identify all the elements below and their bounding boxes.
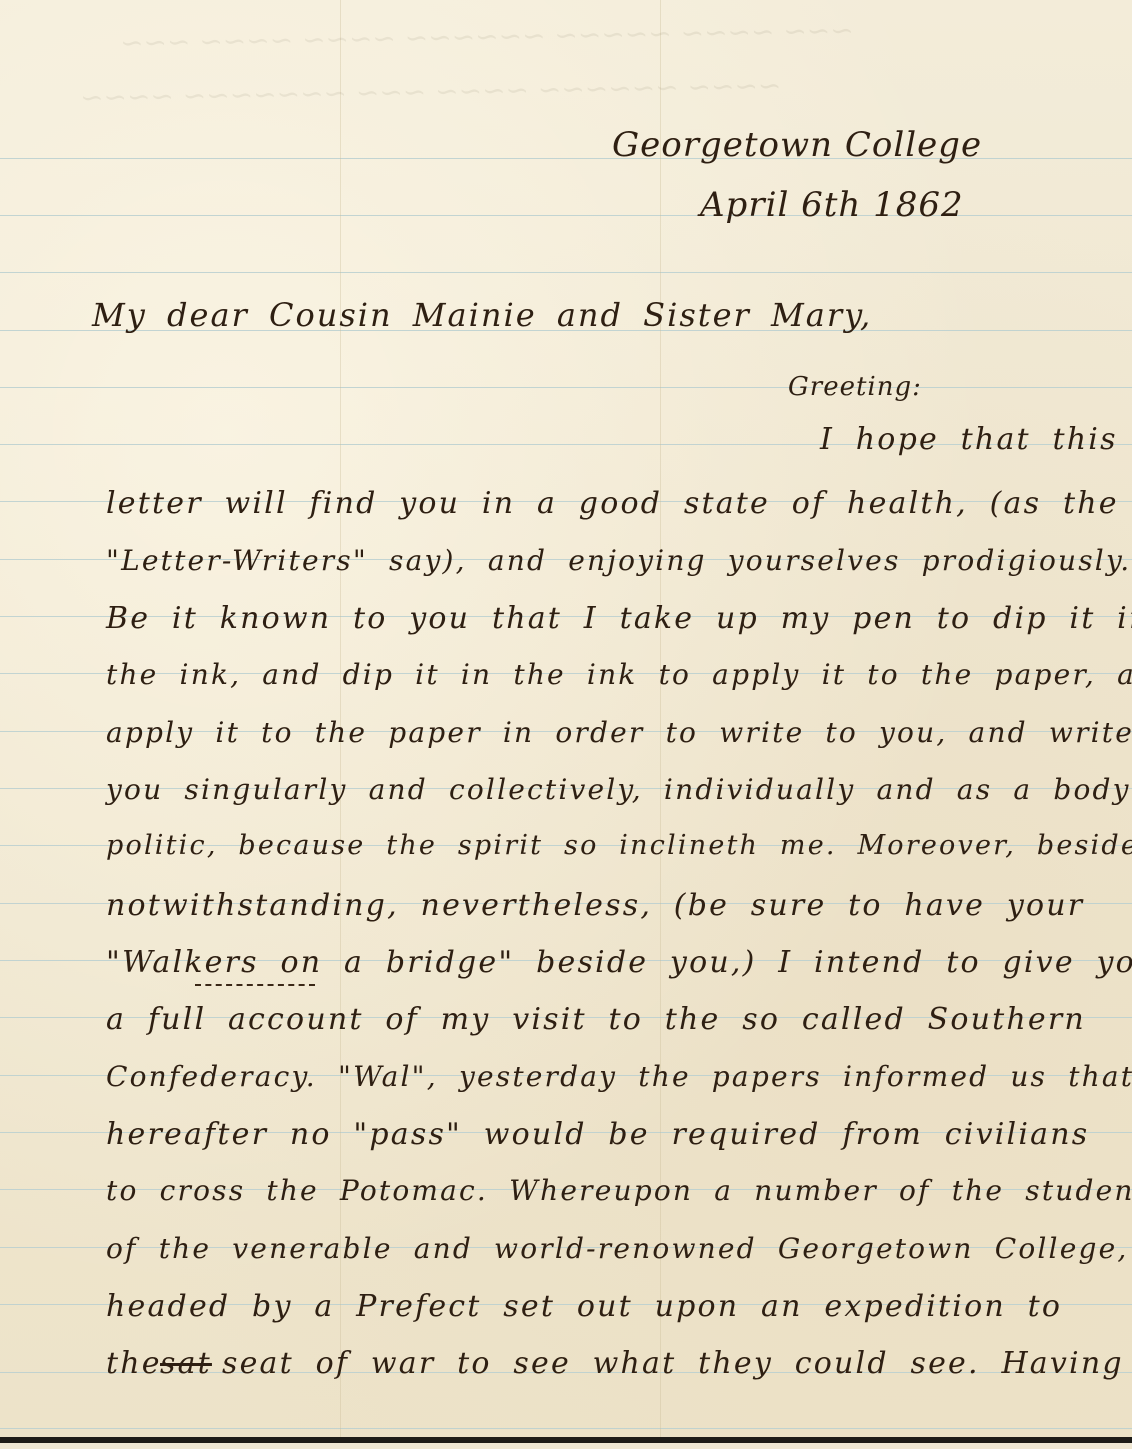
underline-mark bbox=[195, 984, 315, 986]
body-line: I hope that this bbox=[820, 422, 1118, 457]
body-line: a full account of my visit to the so cal… bbox=[106, 1002, 1086, 1037]
ruled-line bbox=[0, 1428, 1132, 1429]
body-line: hereafter no "pass" would be required fr… bbox=[106, 1117, 1089, 1152]
letter-place: Georgetown College bbox=[612, 125, 982, 165]
salutation-greeting: Greeting: bbox=[788, 372, 922, 402]
body-line: the ink, and dip it in the ink to apply … bbox=[106, 658, 1132, 691]
body-line: Confederacy. "Wal", yesterday the papers… bbox=[106, 1060, 1132, 1093]
body-line: seat of war to see what they could see. … bbox=[222, 1346, 1124, 1381]
bleed-through: ~~~ ~~~~ ~~~~~ ~~~~~~ ~~~~ ~~~~ ~~~ bbox=[120, 14, 854, 60]
body-line: notwithstanding, nevertheless, (be sure … bbox=[106, 888, 1084, 923]
salutation-addressee: My dear Cousin Mainie and Sister Mary, bbox=[92, 296, 872, 334]
body-line: you singularly and collectively, individ… bbox=[106, 773, 1131, 806]
bleed-through: ~~~~ ~~~~~~ ~~~~ ~~~ ~~~~~~~ ~~~~ bbox=[80, 69, 782, 114]
ruled-line bbox=[0, 387, 1132, 388]
scan-border bbox=[0, 1437, 1132, 1443]
ruled-line bbox=[0, 272, 1132, 273]
body-line: apply it to the paper in order to write … bbox=[106, 716, 1132, 749]
body-line: Be it known to you that I take up my pen… bbox=[106, 601, 1132, 636]
letter-page: ~~~ ~~~~ ~~~~~ ~~~~~~ ~~~~ ~~~~ ~~~ ~~~~… bbox=[0, 0, 1132, 1443]
body-line: of the venerable and world-renowned Geor… bbox=[106, 1232, 1128, 1265]
body-line: letter will find you in a good state of … bbox=[106, 486, 1119, 521]
body-line: politic, because the spirit so inclineth… bbox=[106, 830, 1132, 861]
body-line-start: the bbox=[106, 1346, 162, 1381]
body-line: to cross the Potomac. Whereupon a number… bbox=[106, 1174, 1132, 1207]
letter-date: April 6th 1862 bbox=[700, 185, 964, 225]
body-line: "Letter-Writers" say), and enjoying your… bbox=[106, 544, 1131, 577]
struck-word: sat bbox=[160, 1346, 212, 1381]
body-line: headed by a Prefect set out upon an expe… bbox=[106, 1289, 1062, 1324]
body-line: "Walkers on a bridge" beside you,) I int… bbox=[106, 945, 1132, 980]
